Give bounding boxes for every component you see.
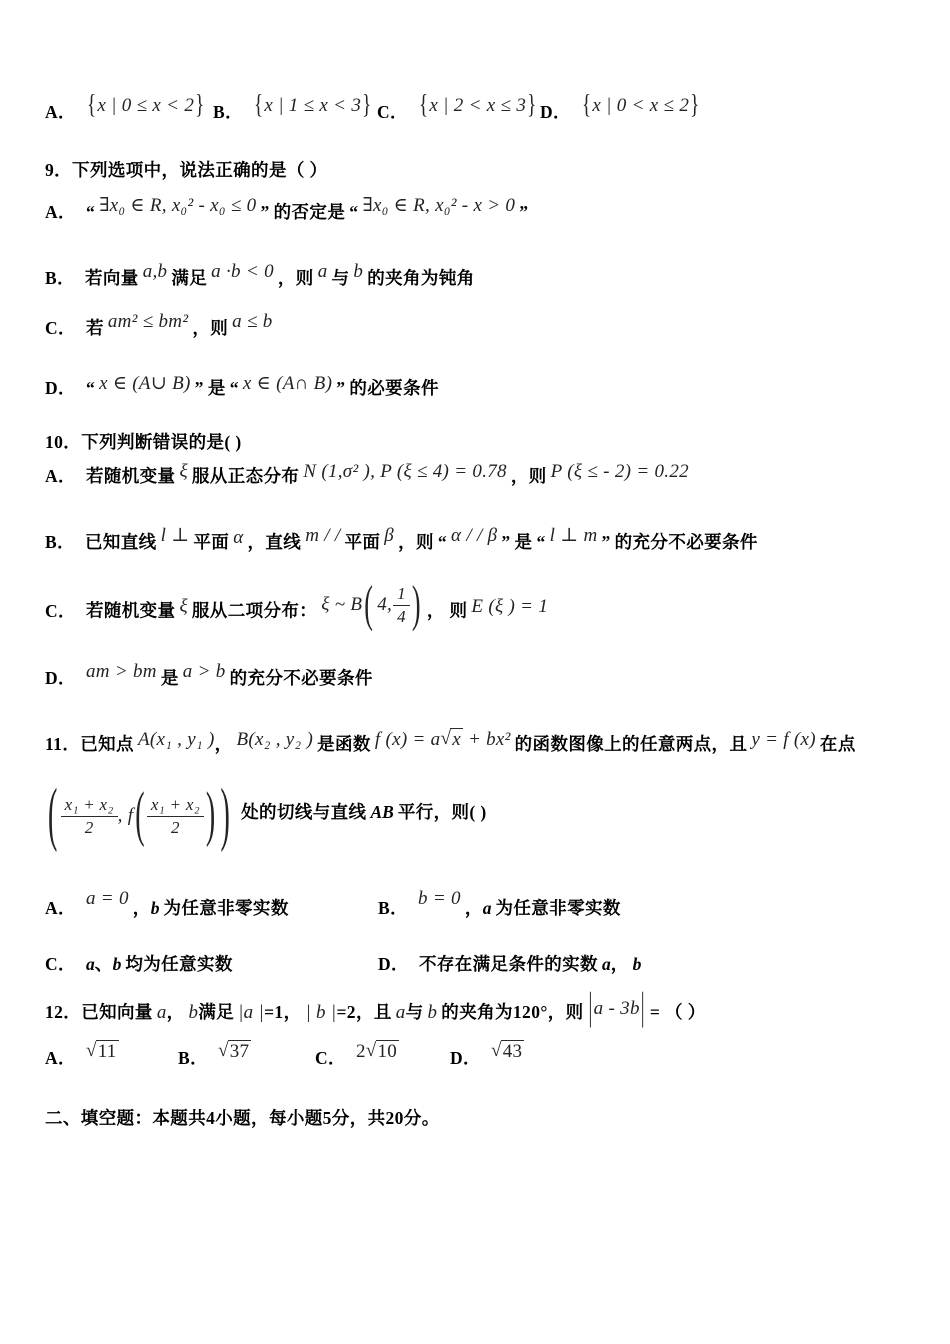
fraction-numerator: 1 [393, 584, 410, 606]
chinese-text: =1， [264, 1002, 301, 1022]
radical-sign: √ [366, 1040, 377, 1061]
right-paren: ) [221, 766, 231, 866]
chinese-text: 与 [332, 268, 350, 288]
math-expression: b [113, 954, 122, 974]
fraction-denominator: 2 [171, 817, 180, 838]
math-expression: E (ξ ) = 1 [471, 596, 548, 617]
option-d: D．不存在满足条件的实数 a， b [378, 952, 641, 977]
option-a: A．a = 0 ，b 为任意非零实数 [45, 896, 378, 923]
math-expression: ξ [179, 461, 187, 482]
chinese-text: ，则 [511, 466, 547, 486]
option-label: A． [45, 1048, 76, 1068]
chinese-text: 的夹角为钝角 [367, 268, 474, 288]
math-expression: b [353, 261, 363, 282]
math-expression: a - 3b [594, 998, 640, 1019]
radicand: 37 [228, 1040, 252, 1062]
quote-mark: ” [519, 202, 528, 222]
radical-sign: √ [440, 728, 451, 749]
option-label: C． [377, 102, 408, 122]
question-12-options-row: A．√11 B．√37 C．2√10 D．√43 [45, 1046, 524, 1073]
question-9-title: 9．下列选项中，说法正确的是（ ） [45, 158, 327, 183]
absolute-value-expression: |a - 3b| [588, 996, 646, 1023]
left-brace: { [418, 87, 429, 126]
chinese-text: 的必要条件 [349, 378, 439, 398]
math-expression: a,b [143, 261, 168, 282]
math-expression: b [151, 898, 160, 918]
chinese-text: 为任意非零实数 [163, 898, 288, 918]
chinese-text: 已知向量 [81, 1002, 153, 1022]
math-expression: 4, [377, 592, 392, 619]
chinese-text: 服从正态分布 [192, 466, 299, 486]
math-expression: a [483, 898, 492, 918]
question-8-options-row: A．{x | 0 ≤ x < 2} B．{x | 1 ≤ x < 3} C．{x… [45, 100, 701, 127]
chinese-text: 已知点 [80, 734, 134, 754]
option-c: C．a、b 均为任意实数 [45, 952, 378, 977]
option-label: A． [45, 102, 76, 122]
chinese-text: 的充分不必要条件 [615, 532, 758, 552]
chinese-text: 若随机变量 [86, 601, 176, 621]
math-expression: , f [118, 803, 134, 830]
question-9-option-d: D．“ x ∈ (A∪ B) ” 是 “ x ∈ (A∩ B) ” 的必要条件 [45, 376, 439, 403]
quote-mark: “ [230, 378, 239, 398]
math-expression: | b | [305, 1002, 336, 1023]
binomial-distribution-expression: ξ ~ B(4,14) [321, 584, 423, 626]
math-expression: b = 0 [418, 888, 461, 909]
math-expression: a ≤ b [232, 311, 272, 332]
question-10-option-b: B．已知直线 l ⊥ 平面 α ，直线 m / / 平面 β ，则 “ α / … [45, 530, 758, 557]
math-expression: a > b [183, 661, 226, 682]
chinese-text: 已知直线 [85, 532, 157, 552]
math-expression: N (1,σ² ), P (ξ ≤ 4) = 0.78 [303, 461, 507, 482]
quote-mark: “ [349, 202, 358, 222]
right-paren: ) [206, 773, 216, 859]
left-paren: ( [135, 773, 145, 859]
chinese-text: 是 [161, 668, 179, 688]
math-expression: a [318, 261, 328, 282]
chinese-text: 若 [86, 318, 104, 338]
option-b: B．b = 0 ，a 为任意非零实数 [378, 896, 621, 923]
option-label: D． [45, 378, 76, 398]
math-expression: f (x) = a [375, 729, 441, 750]
math-expression: l ⊥ [161, 525, 190, 546]
chinese-text: 若向量 [85, 268, 139, 288]
chinese-text: ， [611, 954, 629, 974]
option-label: B． [378, 898, 408, 918]
chinese-text: ，则 [192, 318, 228, 338]
question-11-expression-line: ( x₁ + x₂2 , f ( x₁ + x₂2 ) ) 处的切线与直线 AB… [45, 795, 487, 837]
math-expression: l ⊥ m [550, 525, 598, 546]
option-c: C．2√10 [315, 1046, 450, 1073]
option-d: D．{x | 0 < x ≤ 2} [540, 100, 701, 127]
math-expression: a [396, 1002, 406, 1023]
option-label: C． [45, 601, 76, 621]
chinese-text: 平行，则( ) [398, 802, 487, 822]
chinese-text: 是 [515, 532, 533, 552]
question-9-option-b: B．若向量 a,b 满足 a ·b < 0 ，则 a 与 b 的夹角为钝角 [45, 266, 475, 293]
chinese-text: 处的切线与直线 [241, 802, 366, 822]
math-expression: am² ≤ bm² [108, 311, 188, 332]
math-expression: ∃x₀ ∈ R, x₀² - x₀ ≤ 0 [99, 195, 256, 216]
math-expression: a [157, 1002, 167, 1023]
question-number: 12． [45, 1002, 81, 1022]
fraction-denominator: 2 [85, 817, 94, 838]
section-title-text: 二、填空题：本题共4小题，每小题5分，共20分。 [45, 1108, 440, 1128]
chinese-text: ， [167, 1002, 185, 1022]
right-brace: } [526, 87, 537, 126]
left-brace: { [581, 87, 592, 126]
chinese-text: ， [215, 734, 233, 754]
question-9-option-c: C．若 am² ≤ bm² ，则 a ≤ b [45, 316, 273, 343]
chinese-text: 均为任意实数 [125, 954, 232, 974]
quote-mark: ” [260, 202, 269, 222]
math-expression: + bx² [468, 729, 511, 750]
section-2-header: 二、填空题：本题共4小题，每小题5分，共20分。 [45, 1106, 440, 1131]
set-content: x | 0 ≤ x < 2 [97, 95, 194, 116]
quote-mark: “ [536, 532, 545, 552]
math-expression: f (x) = a√x+ bx² [375, 729, 511, 750]
fraction: x₁ + x₂2 [147, 795, 204, 837]
question-title-text: 9．下列选项中，说法正确的是（ ） [45, 160, 327, 180]
chinese-text: 的充分不必要条件 [230, 668, 373, 688]
chinese-text: ， [133, 898, 151, 918]
abs-bar: | [641, 982, 645, 1037]
quote-mark: “ [438, 532, 447, 552]
option-label: B． [45, 268, 75, 288]
math-expression: B(x₂ , y₂ ) [236, 729, 313, 750]
right-paren: ) [412, 570, 421, 641]
expression-trailing-text: 处的切线与直线 AB 平行，则( ) [241, 800, 487, 837]
option-c: C．{x | 2 < x ≤ 3} [377, 100, 540, 127]
chinese-text: ，则 [278, 268, 314, 288]
math-expression: √43 [491, 1041, 524, 1062]
math-expression: a [602, 954, 611, 974]
right-brace: } [194, 87, 205, 126]
quote-mark: “ [86, 378, 95, 398]
radicand: 11 [96, 1040, 119, 1062]
left-brace: { [86, 87, 97, 126]
coefficient: 2 [356, 1041, 366, 1062]
quote-mark: “ [86, 202, 95, 222]
math-expression: α / / β [451, 525, 497, 546]
math-expression: m / / [305, 525, 340, 546]
question-10-title: 10．下列判断错误的是( ) [45, 430, 242, 455]
math-expression: x ∈ (A∪ B) [99, 373, 191, 394]
math-expression: β [384, 525, 394, 546]
left-paren: ( [364, 570, 373, 641]
math-expression: P (ξ ≤ - 2) = 0.22 [551, 461, 689, 482]
chinese-text: 是函数 [317, 734, 371, 754]
quote-mark: ” [336, 378, 345, 398]
radicand: x [450, 728, 463, 750]
math-expression: a = 0 [86, 888, 129, 909]
chinese-text: ，则 [398, 532, 434, 552]
chinese-text: 不存在满足条件的实数 [419, 954, 598, 974]
quote-mark: ” [601, 532, 610, 552]
option-label: C． [45, 318, 76, 338]
math-expression: |a | [238, 1002, 264, 1023]
math-expression: √37 [218, 1041, 251, 1062]
chinese-text: 的否定是 [274, 202, 346, 222]
question-title-text: 10．下列判断错误的是( ) [45, 432, 242, 452]
option-label: B． [45, 532, 75, 552]
math-expression: y = f (x) [751, 729, 816, 750]
chinese-text: ， 则 [427, 601, 468, 621]
chinese-text: 为任意非零实数 [495, 898, 620, 918]
right-brace: } [689, 87, 700, 126]
fraction: 14 [393, 584, 410, 626]
question-9-option-a: A．“ ∃x₀ ∈ R, x₀² - x₀ ≤ 0 ” 的否定是 “ ∃x₀ ∈… [45, 200, 528, 227]
chinese-text: 的夹角为120°，则 [441, 1002, 583, 1022]
option-label: D． [45, 668, 76, 688]
question-10-option-d: D．am > bm 是 a > b 的充分不必要条件 [45, 666, 373, 693]
chinese-text: 与 [406, 1002, 424, 1022]
option-label: C． [45, 954, 76, 974]
question-10-option-c: C．若随机变量 ξ 服从二项分布： ξ ~ B(4,14) ， 则 E (ξ )… [45, 592, 548, 634]
chinese-text: 平面 [193, 532, 229, 552]
question-11-options-row-2: C．a、b 均为任意实数 D．不存在满足条件的实数 a， b [45, 952, 641, 977]
abs-bar: | [589, 982, 593, 1037]
math-expression: √11 [86, 1041, 119, 1062]
math-expression: {x | 2 < x ≤ 3} [418, 95, 538, 116]
math-expression: x ∈ (A∩ B) [243, 373, 332, 394]
fraction-numerator: x₁ + x₂ [147, 795, 204, 817]
left-paren: ( [48, 766, 58, 866]
option-label: D． [540, 102, 571, 122]
chinese-text: ， [465, 898, 483, 918]
left-brace: { [253, 87, 264, 126]
chinese-text: 平面 [344, 532, 380, 552]
option-label: A． [45, 466, 76, 486]
math-expression: b [427, 1002, 437, 1023]
chinese-text: 的函数图像上的任意两点，且 [515, 734, 748, 754]
fraction-denominator: 4 [397, 606, 406, 627]
set-content: x | 0 < x ≤ 2 [592, 95, 689, 116]
chinese-text: 在点 [820, 734, 856, 754]
math-expression: a ·b < 0 [211, 261, 274, 282]
chinese-text: =2，且 [336, 1002, 391, 1022]
question-10-option-a: A．若随机变量 ξ 服从正态分布 N (1,σ² ), P (ξ ≤ 4) = … [45, 464, 689, 491]
math-expression: AB [370, 802, 393, 822]
question-11-stem-line-1: 11．已知点 A(x₁ , y₁ )， B(x₂ , y₂ ) 是函数 f (x… [45, 732, 856, 759]
quote-mark: ” [195, 378, 204, 398]
option-label: A． [45, 898, 76, 918]
fraction: x₁ + x₂2 [61, 795, 118, 837]
math-expression: α [233, 527, 243, 548]
chinese-text: ，直线 [248, 532, 302, 552]
chinese-text: 服从二项分布： [192, 601, 317, 621]
radical-sign: √ [218, 1040, 229, 1061]
math-expression: am > bm [86, 661, 157, 682]
question-12-stem: 12．已知向量 a， b满足 |a |=1， | b |=2，且 a与 b 的夹… [45, 1000, 706, 1027]
chinese-text: 满足 [198, 1002, 234, 1022]
set-content: x | 2 < x ≤ 3 [429, 95, 526, 116]
right-brace: } [361, 87, 372, 126]
math-expression: ξ [179, 596, 187, 617]
set-content: x | 1 ≤ x < 3 [264, 95, 361, 116]
option-a: A．{x | 0 ≤ x < 2} [45, 100, 213, 127]
math-expression: {x | 0 ≤ x < 2} [86, 95, 206, 116]
chinese-text: 是 [208, 378, 226, 398]
option-label: D． [378, 954, 409, 974]
radical-sign: √ [86, 1040, 97, 1061]
chinese-text: 、 [95, 954, 113, 974]
chinese-text: 满足 [171, 268, 207, 288]
math-expression: 2√10 [356, 1041, 399, 1062]
chinese-text: = （ ） [650, 1002, 706, 1022]
exam-page: A．{x | 0 ≤ x < 2} B．{x | 1 ≤ x < 3} C．{x… [0, 0, 950, 1344]
math-expression: {x | 1 ≤ x < 3} [253, 95, 373, 116]
option-d: D．√43 [450, 1046, 524, 1073]
math-expression: a [86, 954, 95, 974]
math-expression: ξ ~ B [321, 592, 362, 619]
option-a: A．√11 [45, 1046, 178, 1073]
option-label: C． [315, 1048, 346, 1068]
math-expression: ∃x₀ ∈ R, x₀² - x > 0 [362, 195, 515, 216]
option-b: B．√37 [178, 1046, 315, 1073]
fraction-numerator: x₁ + x₂ [61, 795, 118, 817]
radical-sign: √ [491, 1040, 502, 1061]
question-11-options-row-1: A．a = 0 ，b 为任意非零实数 B．b = 0 ，a 为任意非零实数 [45, 896, 621, 923]
option-label: D． [450, 1048, 481, 1068]
option-label: B． [213, 102, 243, 122]
math-expression: b [189, 1002, 199, 1023]
option-b: B．{x | 1 ≤ x < 3} [213, 100, 377, 127]
radicand: 10 [376, 1040, 400, 1062]
chinese-text: 若随机变量 [86, 466, 176, 486]
option-label: A． [45, 202, 76, 222]
math-expression: A(x₁ , y₁ ) [138, 729, 215, 750]
question-number: 11． [45, 734, 80, 754]
math-expression: {x | 0 < x ≤ 2} [581, 95, 701, 116]
radicand: 43 [501, 1040, 525, 1062]
quote-mark: ” [501, 532, 510, 552]
option-label: B． [178, 1048, 208, 1068]
math-expression: b [633, 954, 642, 974]
